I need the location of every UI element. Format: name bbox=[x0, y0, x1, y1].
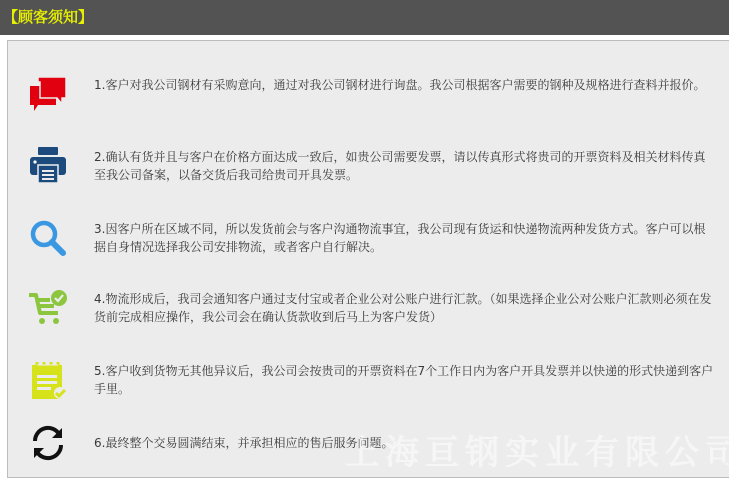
chat-bubbles-icon bbox=[28, 74, 68, 114]
notice-item-2: 2.确认有货并且与客户在价格方面达成一致后，如贵公司需要发票，请以传真形式将贵司… bbox=[0, 135, 729, 195]
notice-text: 3.因客户所在区域不同，所以发货前会与客户沟通物流事宜，我公司现有货运和快递物流… bbox=[94, 220, 714, 256]
notice-text: 4.物流形成后，我司会通知客户通过支付宝或者企业公对公账户进行汇款。（如果选择企… bbox=[94, 290, 714, 326]
notice-item-5: 5.客户收到货物无其他异议后，我公司会按贵司的开票资料在7个工作日内为客户开具发… bbox=[0, 350, 729, 410]
search-icon bbox=[28, 218, 68, 258]
notice-text: 5.客户收到货物无其他异议后，我公司会按贵司的开票资料在7个工作日内为客户开具发… bbox=[94, 362, 714, 398]
notice-item-4: 4.物流形成后，我司会通知客户通过支付宝或者企业公对公账户进行汇款。（如果选择企… bbox=[0, 280, 729, 340]
notice-item-1: 1.客户对我公司钢材有采购意向，通过对我公司钢材进行询盘。我公司根据客户需要的钢… bbox=[0, 62, 729, 122]
printer-icon bbox=[28, 145, 68, 185]
company-watermark: 上海亘钢实业有限公司 bbox=[345, 425, 729, 474]
notepad-check-icon bbox=[28, 360, 68, 400]
notice-text: 1.客户对我公司钢材有采购意向，通过对我公司钢材进行询盘。我公司根据客户需要的钢… bbox=[94, 76, 714, 94]
notice-text: 2.确认有货并且与客户在价格方面达成一致后，如贵公司需要发票，请以传真形式将贵司… bbox=[94, 148, 714, 184]
cart-check-icon bbox=[28, 288, 68, 328]
header-bar: 【顾客须知】 bbox=[0, 0, 729, 35]
notice-item-3: 3.因客户所在区域不同，所以发货前会与客户沟通物流事宜，我公司现有货运和快递物流… bbox=[0, 210, 729, 270]
section-title: 【顾客须知】 bbox=[3, 6, 93, 28]
refresh-icon bbox=[28, 423, 68, 463]
